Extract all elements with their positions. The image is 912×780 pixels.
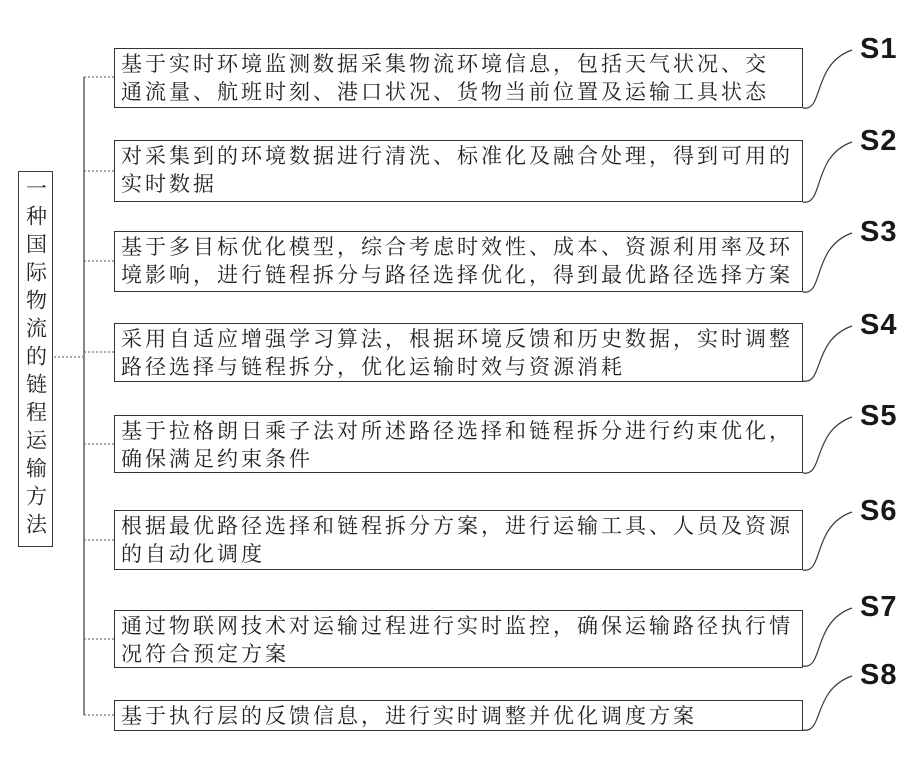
method-title-text: 一种国际物流的链程运输方法 [21,177,51,541]
step-label-s4: S4 [860,309,910,342]
step-text-line: 通过物联网技术对运输过程进行实时监控，确保运输路径执行情 [121,612,797,640]
label-curve-s2 [803,142,852,202]
step-box-s8: 基于执行层的反馈信息，进行实时调整并优化调度方案 [114,700,803,731]
step-text-line: 境影响，进行链程拆分与路径选择优化，得到最优路径选择方案 [121,261,797,289]
step-text-line: 的自动化调度 [121,540,797,568]
step-box-s7: 通过物联网技术对运输过程进行实时监控，确保运输路径执行情 况符合预定方案 [114,610,803,668]
step-box-s4: 采用自适应增强学习算法，根据环境反馈和历史数据，实时调整 路径选择与链程拆分，优… [114,323,803,382]
step-box-s1: 基于实时环境监测数据采集物流环境信息，包括天气状况、交 通流量、航班时刻、港口状… [114,48,803,108]
step-text-line: 基于多目标优化模型，综合考虑时效性、成本、资源利用率及环 [121,233,797,261]
step-box-s2: 对采集到的环境数据进行清洗、标准化及融合处理，得到可用的 实时数据 [114,140,803,202]
label-curve-s5 [803,417,852,473]
step-text-line: 根据最优路径选择和链程拆分方案，进行运输工具、人员及资源 [121,512,797,540]
step-box-s3: 基于多目标优化模型，综合考虑时效性、成本、资源利用率及环 境影响，进行链程拆分与… [114,231,803,292]
step-text-line: 基于执行层的反馈信息，进行实时调整并优化调度方案 [121,702,797,730]
step-label-s1: S1 [860,33,910,66]
step-text-line: 基于拉格朗日乘子法对所述路径选择和链程拆分进行约束优化， [121,417,797,445]
step-label-s3: S3 [860,216,910,249]
step-label-s8: S8 [860,659,910,692]
step-text-line: 对采集到的环境数据进行清洗、标准化及融合处理，得到可用的 [121,142,797,170]
label-curve-s4 [803,326,852,381]
step-box-s5: 基于拉格朗日乘子法对所述路径选择和链程拆分进行约束优化， 确保满足约束条件 [114,415,803,473]
step-text-line: 采用自适应增强学习算法，根据环境反馈和历史数据，实时调整 [121,325,797,353]
label-curve-s8 [803,676,852,730]
step-label-s6: S6 [860,495,910,528]
step-label-s7: S7 [860,591,910,624]
step-text-line: 基于实时环境监测数据采集物流环境信息，包括天气状况、交 [121,50,797,78]
method-title-box: 一种国际物流的链程运输方法 [18,171,53,547]
label-curve-s1 [803,50,852,108]
patent-flowchart-figure: 一种国际物流的链程运输方法 基于实时环境监测数据采集物流环境信息，包括天气状况、… [0,0,912,780]
step-text-line: 确保满足约束条件 [121,445,797,473]
step-text-line: 路径选择与链程拆分，优化运输时效与资源消耗 [121,353,797,381]
step-text-line: 况符合预定方案 [121,640,797,668]
label-curve-s6 [803,512,852,570]
label-curve-s3 [803,233,852,292]
step-label-s5: S5 [860,400,910,433]
step-label-s2: S2 [860,125,910,158]
step-text-line: 通流量、航班时刻、港口状况、货物当前位置及运输工具状态 [121,78,797,106]
step-text-line: 实时数据 [121,170,797,198]
label-curve-s7 [803,608,852,666]
step-box-s6: 根据最优路径选择和链程拆分方案，进行运输工具、人员及资源 的自动化调度 [114,510,803,570]
